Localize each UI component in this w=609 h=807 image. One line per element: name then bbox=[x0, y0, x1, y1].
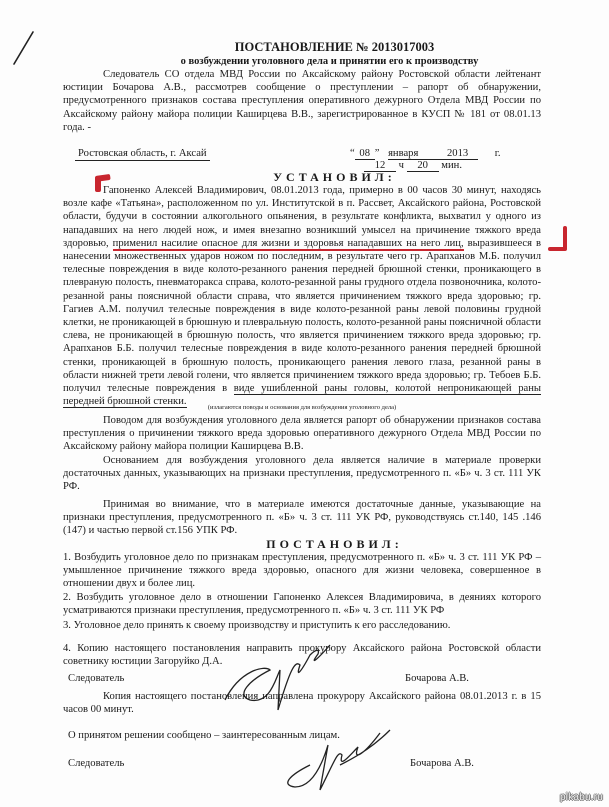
date-field: “08” января 2013 г. bbox=[350, 148, 501, 160]
date-month: января bbox=[388, 148, 418, 159]
watermark: pikabu.ru bbox=[560, 792, 603, 803]
signature1-role: Следователь bbox=[68, 673, 124, 684]
considering-paragraph: Принимая во внимание, что в материале им… bbox=[63, 498, 541, 538]
document-title: ПОСТАНОВЛЕНИЕ № 2013017003 bbox=[0, 40, 609, 55]
established-heading: УСТАНОВИЛ: bbox=[0, 170, 609, 185]
established-paragraph: Гапоненко Алексей Владимирович, 08.01.20… bbox=[63, 184, 541, 408]
signature2-role: Следователь bbox=[68, 758, 124, 769]
copy-note: Копия настоящего постановления направлен… bbox=[63, 690, 541, 716]
resolution-1: 1. Возбудить уголовное дело по признакам… bbox=[63, 551, 541, 591]
caption-note: (излагаются поводы и основания для возбу… bbox=[63, 404, 541, 411]
reason-paragraph: Поводом для возбуждения уголовного дела … bbox=[63, 414, 541, 454]
date-month-year: января 2013 bbox=[388, 148, 478, 160]
date-year: 2013 bbox=[447, 148, 468, 159]
resolved-heading: ПОСТАНОВИЛ: bbox=[0, 537, 609, 552]
signature1-name: Бочарова А.В. bbox=[405, 673, 469, 684]
red-bracket-mark-horizontal bbox=[548, 247, 567, 251]
place-field: Ростовская область, г. Аксай bbox=[75, 148, 210, 161]
date-day: 08 bbox=[355, 148, 375, 160]
resolution-3: 3. Уголовное дело принять к своему произ… bbox=[63, 619, 541, 632]
basis-paragraph: Основанием для возбуждения уголовного де… bbox=[63, 454, 541, 494]
resolution-2: 2. Возбудить уголовное дело в отношении … bbox=[63, 591, 541, 617]
signature2-name: Бочарова А.В. bbox=[410, 758, 474, 769]
scanned-document-page: ПОСТАНОВЛЕНИЕ № 2013017003 о возбуждении… bbox=[0, 0, 609, 807]
document-subtitle: о возбуждении уголовного дела и принятии… bbox=[0, 56, 609, 67]
signature-2-icon bbox=[280, 725, 400, 795]
intro-paragraph: Следователь СО отдела МВД России по Акса… bbox=[63, 68, 541, 134]
date-year-suffix: г. bbox=[495, 148, 501, 159]
red-underlined-text: применил насилие опасное для жизни и здо… bbox=[113, 238, 464, 251]
